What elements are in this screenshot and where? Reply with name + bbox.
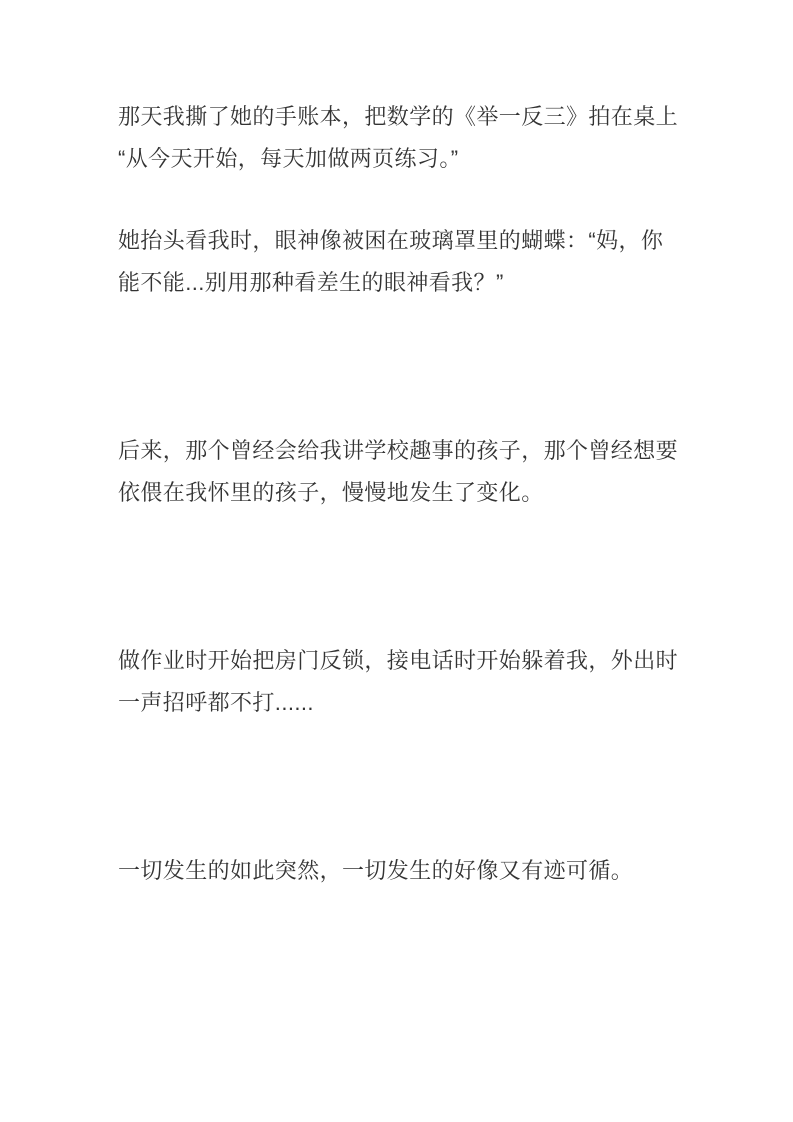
paragraph: 那天我撕了她的手账本，把数学的《举一反三》拍在桌上“从今天开始，每天加做两页练习…: [118, 96, 678, 180]
document-page: 那天我撕了她的手账本，把数学的《举一反三》拍在桌上“从今天开始，每天加做两页练习…: [0, 0, 793, 1122]
paragraph: 她抬头看我时，眼神像被困在玻璃罩里的蝴蝶：“妈，你能不能...别用那种看差生的眼…: [118, 220, 678, 304]
article-text-block: 那天我撕了她的手账本，把数学的《举一反三》拍在桌上“从今天开始，每天加做两页练习…: [118, 96, 678, 892]
paragraph: 一切发生的如此突然，一切发生的好像又有迹可循。: [118, 850, 678, 892]
paragraph: 做作业时开始把房门反锁，接电话时开始躲着我，外出时一声招呼都不打......: [118, 640, 678, 724]
paragraph: 后来，那个曾经会给我讲学校趣事的孩子，那个曾经想要依偎在我怀里的孩子，慢慢地发生…: [118, 430, 678, 514]
